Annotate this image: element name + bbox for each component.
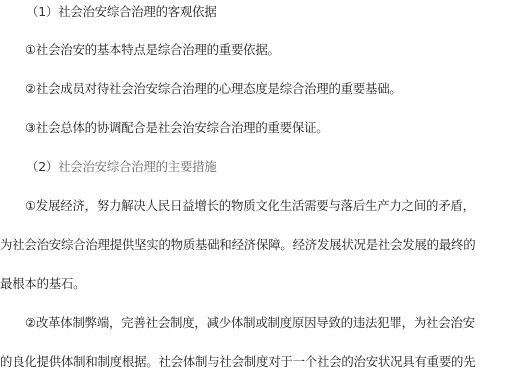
- section-1-item-1: ①社会治安的基本特点是综合治理的重要依据。: [25, 42, 280, 58]
- paragraph-1-line-2: 为社会治安综合治理提供坚实的物质基础和经济保障。经济发展状况是社会发展的最终的: [0, 237, 475, 253]
- section-1-heading: （1）社会治安综合治理的客观依据: [26, 4, 217, 20]
- paragraph-2-line-2: 的良化提供体制和制度根据。社会体制与社会制度对于一个社会的治安状况具有重要的先: [0, 354, 475, 370]
- paragraph-2-line-1: ②改革体制弊端，完善社会制度，减少体制或制度原因导致的违法犯罪，为社会治安: [25, 315, 475, 331]
- paragraph-1-line-3: 最根本的基石。: [0, 276, 85, 292]
- section-1-item-2: ②社会成员对待社会治安综合治理的心理态度是综合治理的重要基础。: [25, 81, 402, 97]
- section-2-heading: （2）社会治安综合治理的主要措施: [26, 159, 217, 175]
- section-2-number: （2）: [26, 159, 58, 174]
- section-1-item-3: ③社会总体的协调配合是社会治安综合治理的重要保证。: [25, 120, 328, 136]
- paragraph-1-line-1: ①发展经济，努力解决人民日益增长的物质文化生活需要与落后生产力之间的矛盾，: [25, 198, 475, 214]
- section-2-title: 社会治安综合治理的主要措施: [58, 159, 216, 174]
- section-1-title: 社会治安综合治理的客观依据: [58, 4, 216, 19]
- section-1-number: （1）: [26, 4, 58, 19]
